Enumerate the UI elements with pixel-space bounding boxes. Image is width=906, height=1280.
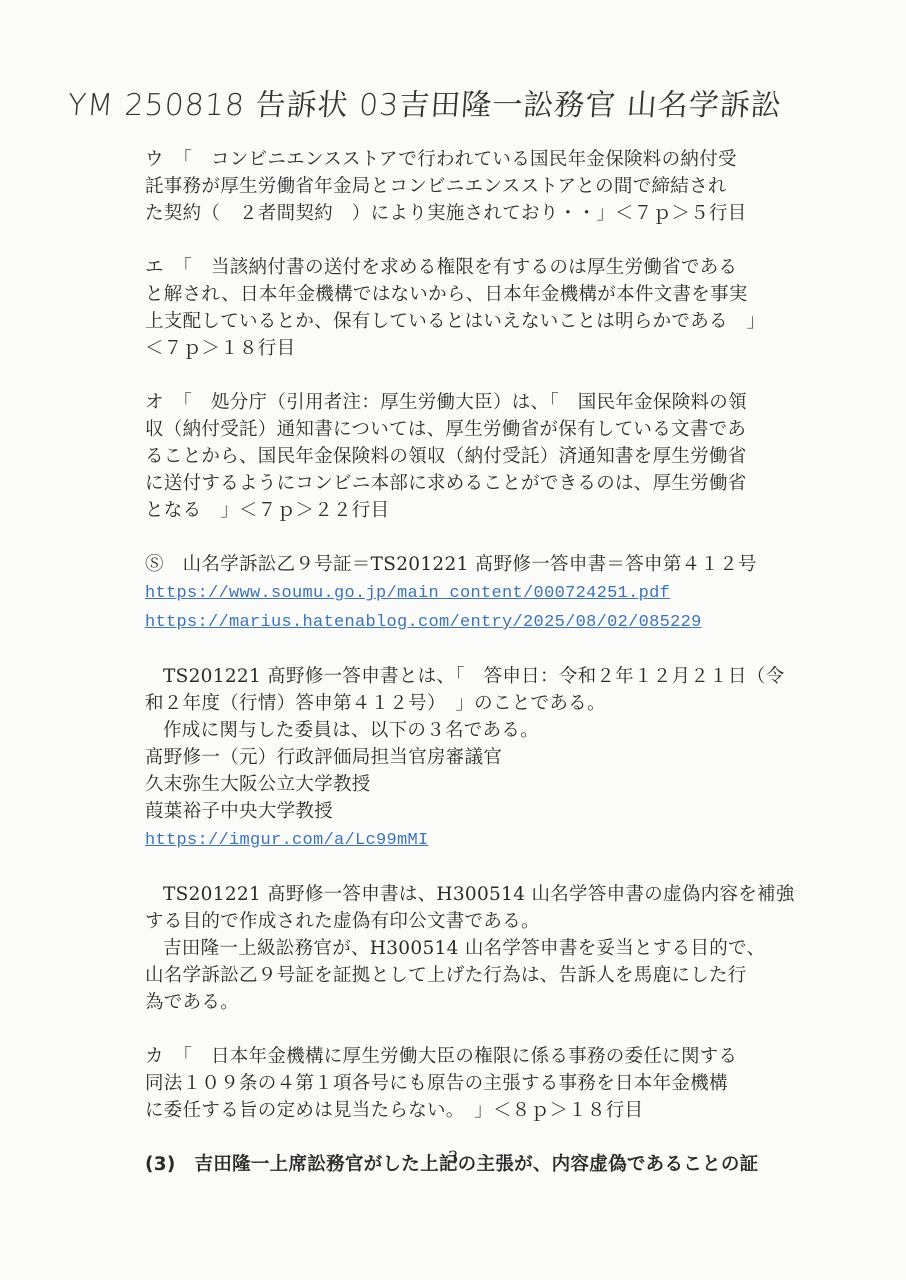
text-line: 作成に関与した委員は、以下の３名である。 <box>145 717 795 744</box>
section-s: Ⓢ 山名学訴訟乙９号証＝TS201221 髙野修一答申書＝答申第４１２号 htt… <box>145 551 795 636</box>
section-e: エ 「 当該納付書の送付を求める権限を有するのは厚生労働省である と解され、日本… <box>145 254 795 362</box>
text-line: と解され、日本年金機構ではないから、日本年金機構が本件文書を事実 <box>145 281 795 308</box>
member-item: 葭葉裕子中央大学教授 <box>145 798 795 825</box>
text-line: 為である。 <box>145 989 795 1016</box>
hatenablog-link[interactable]: https://marius.hatenablog.com/entry/2025… <box>145 613 702 632</box>
member-item: 髙野修一（元）行政評価局担当官房審議官 <box>145 744 795 771</box>
page-number: 3 <box>0 1148 906 1168</box>
section-ts: TS201221 髙野修一答申書とは、「 答申日：令和２年１２月２１日（令 和２… <box>145 663 795 854</box>
member-item: 久末弥生大阪公立大学教授 <box>145 771 795 798</box>
text-line: 上支配しているとか、保有しているとはいえないことは明らかである 」 <box>145 308 795 335</box>
text-line: 同法１０９条の４第１項各号にも原告の主張する事務を日本年金機構 <box>145 1070 795 1097</box>
text-line: TS201221 髙野修一答申書は、H300514 山名学答申書の虚偽内容を補強 <box>145 881 795 908</box>
text-line: た契約（ ２者間契約 ）により実施されており・・」＜７ｐ＞５行目 <box>145 200 795 227</box>
text-line: となる 」＜７ｐ＞２２行目 <box>145 497 795 524</box>
section-o: オ 「 処分庁（引用者注：厚生労働大臣）は、「 国民年金保険料の領 収（納付受託… <box>145 389 795 524</box>
handwritten-annotation: YM 250818 告訴状 03吉田隆一訟務官 山名学訴訟 <box>66 80 783 124</box>
section-heading: Ⓢ 山名学訴訟乙９号証＝TS201221 髙野修一答申書＝答申第４１２号 <box>145 551 795 578</box>
text-line: する目的で作成された虚偽有印公文書である。 <box>145 908 795 935</box>
imgur-link[interactable]: https://imgur.com/a/Lc99mMI <box>145 831 429 850</box>
text-line: 山名学訴訟乙９号証を証拠として上げた行為は、告訴人を馬鹿にした行 <box>145 962 795 989</box>
text-line: 吉田隆一上級訟務官が、H300514 山名学答申書を妥当とする目的で、 <box>145 935 795 962</box>
text-line: TS201221 髙野修一答申書とは、「 答申日：令和２年１２月２１日（令 <box>145 663 795 690</box>
section-u: ウ 「 コンビニエンスストアで行われている国民年金保険料の納付受 託事務が厚生労… <box>145 146 795 227</box>
text-line: に委任する旨の定めは見当たらない。 」＜８ｐ＞１８行目 <box>145 1097 795 1124</box>
soumu-pdf-link[interactable]: https://www.soumu.go.jp/main_content/000… <box>145 584 670 603</box>
text-line: オ 「 処分庁（引用者注：厚生労働大臣）は、「 国民年金保険料の領 <box>145 389 795 416</box>
text-line: エ 「 当該納付書の送付を求める権限を有するのは厚生労働省である <box>145 254 795 281</box>
section-ka: カ 「 日本年金機構に厚生労働大臣の権限に係る事務の委任に関する 同法１０９条の… <box>145 1043 795 1124</box>
text-line: ＜７ｐ＞１８行目 <box>145 335 795 362</box>
text-line: カ 「 日本年金機構に厚生労働大臣の権限に係る事務の委任に関する <box>145 1043 795 1070</box>
text-line: 和２年度（行情）答申第４１２号） 」のことである。 <box>145 690 795 717</box>
text-line: ることから、国民年金保険料の領収（納付受託）済通知書を厚生労働省 <box>145 443 795 470</box>
text-line: 収（納付受託）通知書については、厚生労働省が保有している文書であ <box>145 416 795 443</box>
text-line: 託事務が厚生労働省年金局とコンビニエンスストアとの間で締結され <box>145 173 795 200</box>
text-line: ウ 「 コンビニエンスストアで行われている国民年金保険料の納付受 <box>145 146 795 173</box>
text-line: に送付するようにコンビニ本部に求めることができるのは、厚生労働省 <box>145 470 795 497</box>
document-page: ウ 「 コンビニエンスストアで行われている国民年金保険料の納付受 託事務が厚生労… <box>145 146 795 1178</box>
section-paragraph: TS201221 髙野修一答申書は、H300514 山名学答申書の虚偽内容を補強… <box>145 881 795 1016</box>
